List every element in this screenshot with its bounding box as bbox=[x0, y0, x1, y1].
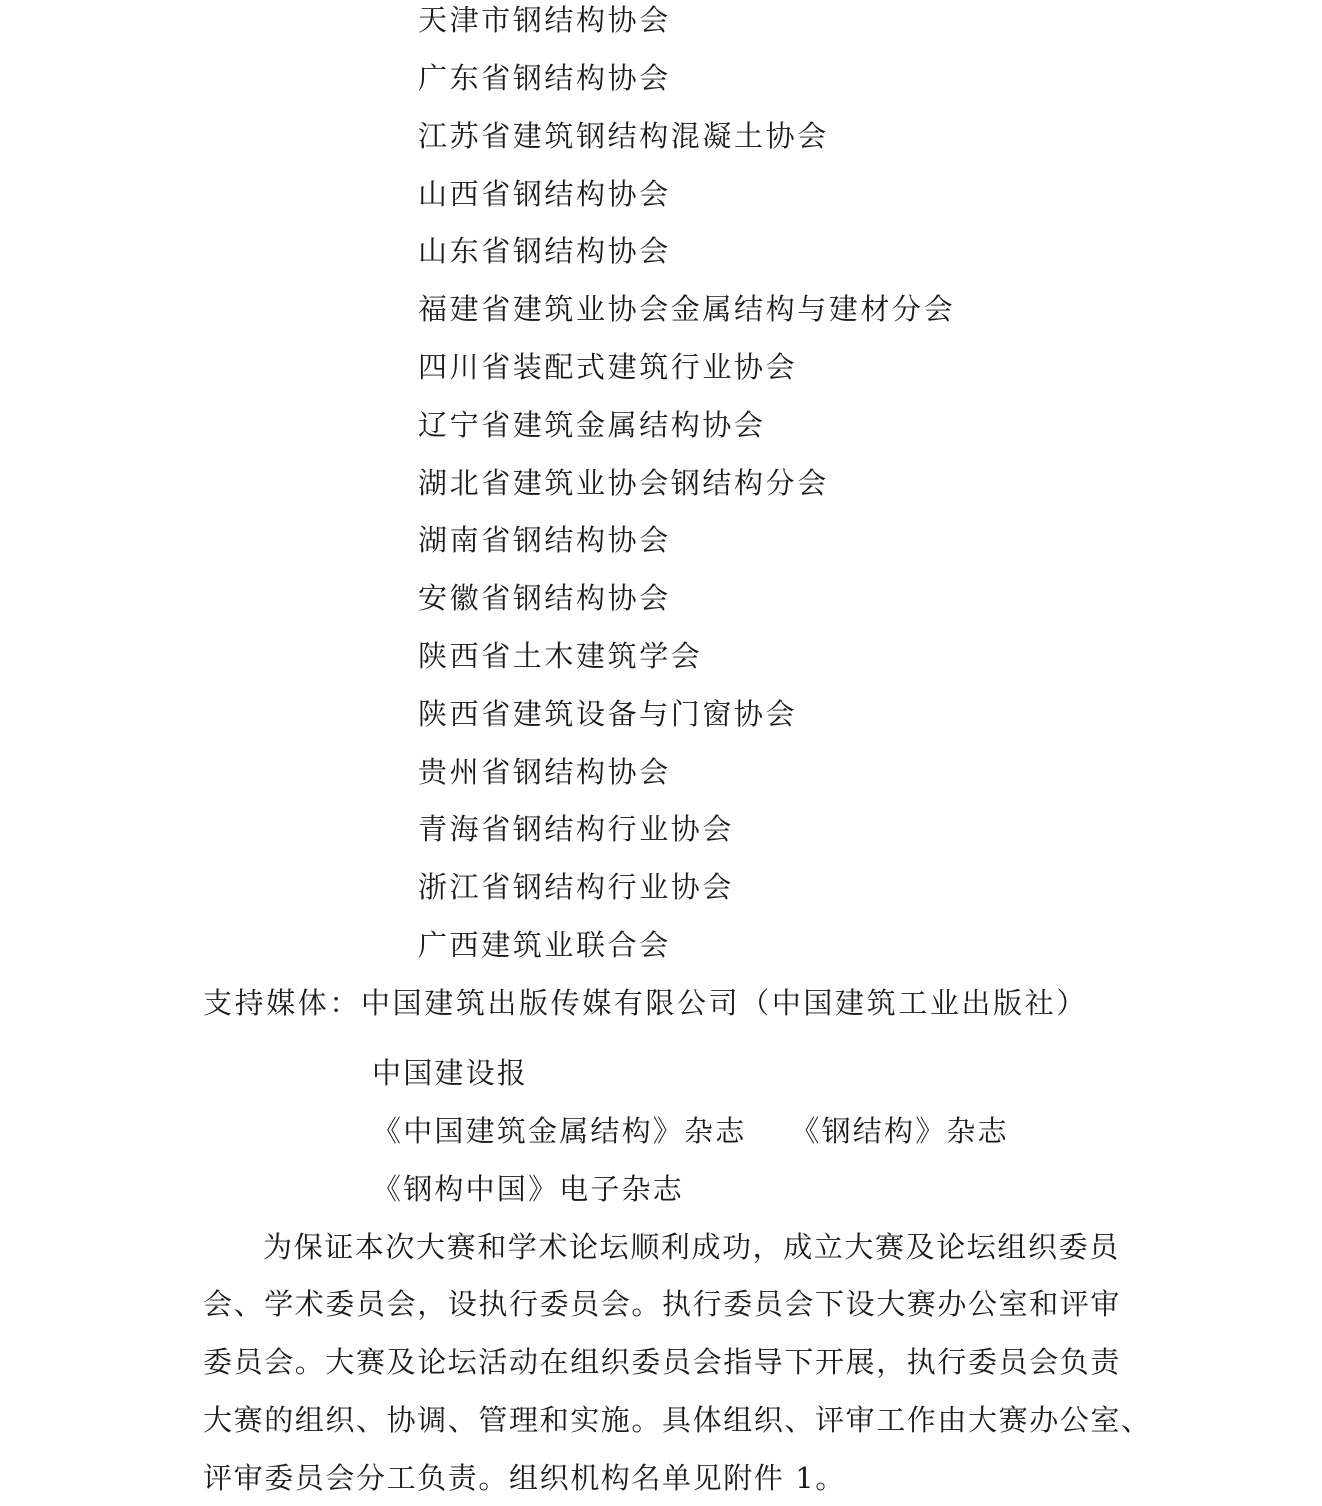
media-magazines-line: 《中国建筑金属结构》杂志《钢结构》杂志 bbox=[372, 1111, 1009, 1151]
paragraph-line: 大赛的组织、协调、管理和实施。具体组织、评审工作由大赛办公室、 bbox=[203, 1400, 1123, 1440]
organization-item: 贵州省钢结构协会 bbox=[418, 752, 671, 792]
organization-item: 青海省钢结构行业协会 bbox=[418, 809, 734, 849]
organization-item: 四川省装配式建筑行业协会 bbox=[418, 347, 797, 387]
organization-item: 山东省钢结构协会 bbox=[418, 231, 671, 271]
media-magazine-2: 《钢结构》杂志 bbox=[790, 1114, 1008, 1148]
organization-item: 山西省钢结构协会 bbox=[418, 174, 671, 214]
organization-item: 广东省钢结构协会 bbox=[418, 58, 671, 98]
media-newspaper: 中国建设报 bbox=[372, 1053, 528, 1093]
paragraph-line: 委员会。大赛及论坛活动在组织委员会指导下开展，执行委员会负责 bbox=[203, 1342, 1123, 1382]
paragraph-line: 评审委员会分工负责。组织机构名单见附件 1。 bbox=[203, 1458, 1123, 1498]
organization-item: 湖北省建筑业协会钢结构分会 bbox=[418, 463, 829, 503]
organization-item: 陕西省建筑设备与门窗协会 bbox=[418, 694, 797, 734]
paragraph-line: 会、学术委员会，设执行委员会。执行委员会下设大赛办公室和评审 bbox=[203, 1284, 1123, 1324]
organization-item: 辽宁省建筑金属结构协会 bbox=[418, 405, 766, 445]
organization-item: 江苏省建筑钢结构混凝土协会 bbox=[418, 116, 829, 156]
media-e-magazine: 《钢构中国》电子杂志 bbox=[372, 1169, 684, 1209]
organization-item: 浙江省钢结构行业协会 bbox=[418, 867, 734, 907]
media-publisher: 中国建筑出版传媒有限公司（中国建筑工业出版社） bbox=[361, 986, 1088, 1020]
paragraph-line: 为保证本次大赛和学术论坛顺利成功，成立大赛及论坛组织委员 bbox=[263, 1227, 1123, 1267]
organization-item: 天津市钢结构协会 bbox=[418, 0, 671, 40]
supporting-media-line: 支持媒体：中国建筑出版传媒有限公司（中国建筑工业出版社） bbox=[203, 983, 1088, 1023]
organization-item: 陕西省土木建筑学会 bbox=[418, 636, 702, 676]
organization-item: 安徽省钢结构协会 bbox=[418, 578, 671, 618]
organization-item: 广西建筑业联合会 bbox=[418, 925, 671, 965]
organization-item: 湖南省钢结构协会 bbox=[418, 520, 671, 560]
organization-item: 福建省建筑业协会金属结构与建材分会 bbox=[418, 289, 955, 329]
supporting-media-label: 支持媒体： bbox=[203, 986, 361, 1020]
media-magazine-1: 《中国建筑金属结构》杂志 bbox=[372, 1114, 746, 1148]
